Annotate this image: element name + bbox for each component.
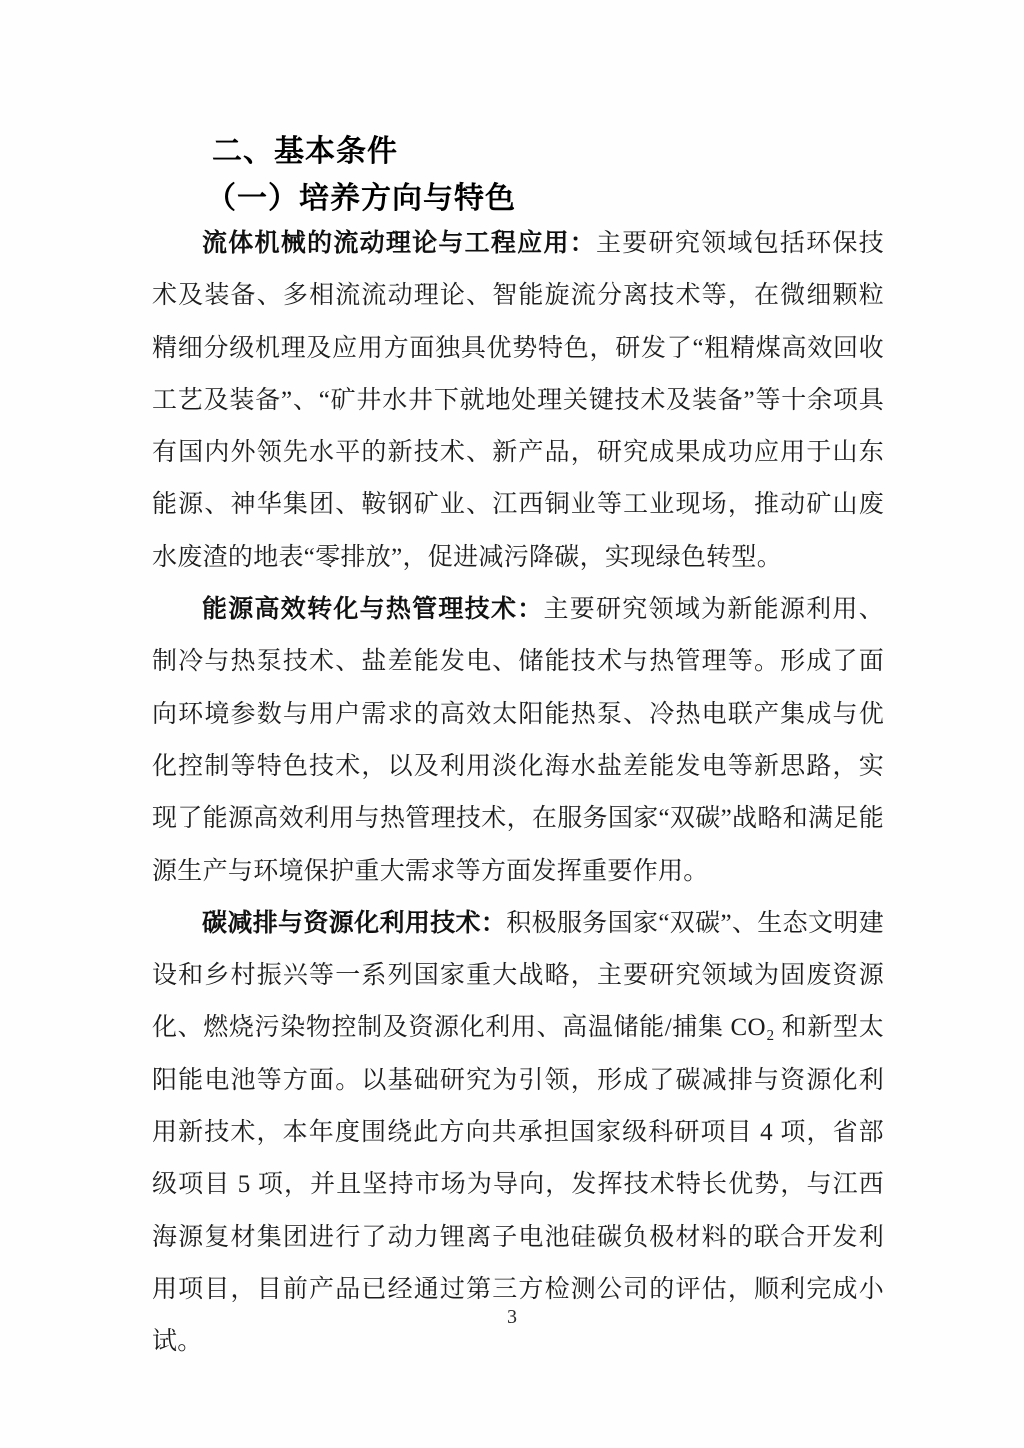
page-number: 3 [0, 1306, 1024, 1329]
paragraph-carbon-reduction: 碳减排与资源化利用技术：积极服务国家“双碳”、生态文明建设和乡村振兴等一系列国家… [152, 898, 884, 1369]
paragraph-lead: 能源高效转化与热管理技术： [202, 596, 543, 623]
paragraph-body: 主要研究领域包括环保技术及装备、多相流流动理论、智能旋流分离技术等，在微细颗粒精… [152, 230, 884, 571]
section-heading: 二、基本条件 [152, 134, 884, 170]
paragraph-energy-conversion: 能源高效转化与热管理技术：主要研究领域为新能源利用、制冷与热泵技术、盐差能发电、… [152, 584, 884, 898]
document-page: 二、基本条件 （一）培养方向与特色 流体机械的流动理论与工程应用：主要研究领域包… [0, 0, 1024, 1448]
paragraph-body: 积极服务国家“双碳”、生态文明建设和乡村振兴等一系列国家重大战略，主要研究领域为… [152, 910, 884, 1355]
paragraph-fluid-machinery: 流体机械的流动理论与工程应用：主要研究领域包括环保技术及装备、多相流流动理论、智… [152, 218, 884, 584]
subsection-heading: （一）培养方向与特色 [152, 180, 884, 218]
paragraph-lead: 碳减排与资源化利用技术： [202, 910, 506, 937]
paragraph-lead: 流体机械的流动理论与工程应用： [202, 230, 596, 257]
document-content: 二、基本条件 （一）培养方向与特色 流体机械的流动理论与工程应用：主要研究领域包… [152, 134, 884, 1369]
paragraph-body: 主要研究领域为新能源利用、制冷与热泵技术、盐差能发电、储能技术与热管理等。形成了… [152, 596, 884, 884]
